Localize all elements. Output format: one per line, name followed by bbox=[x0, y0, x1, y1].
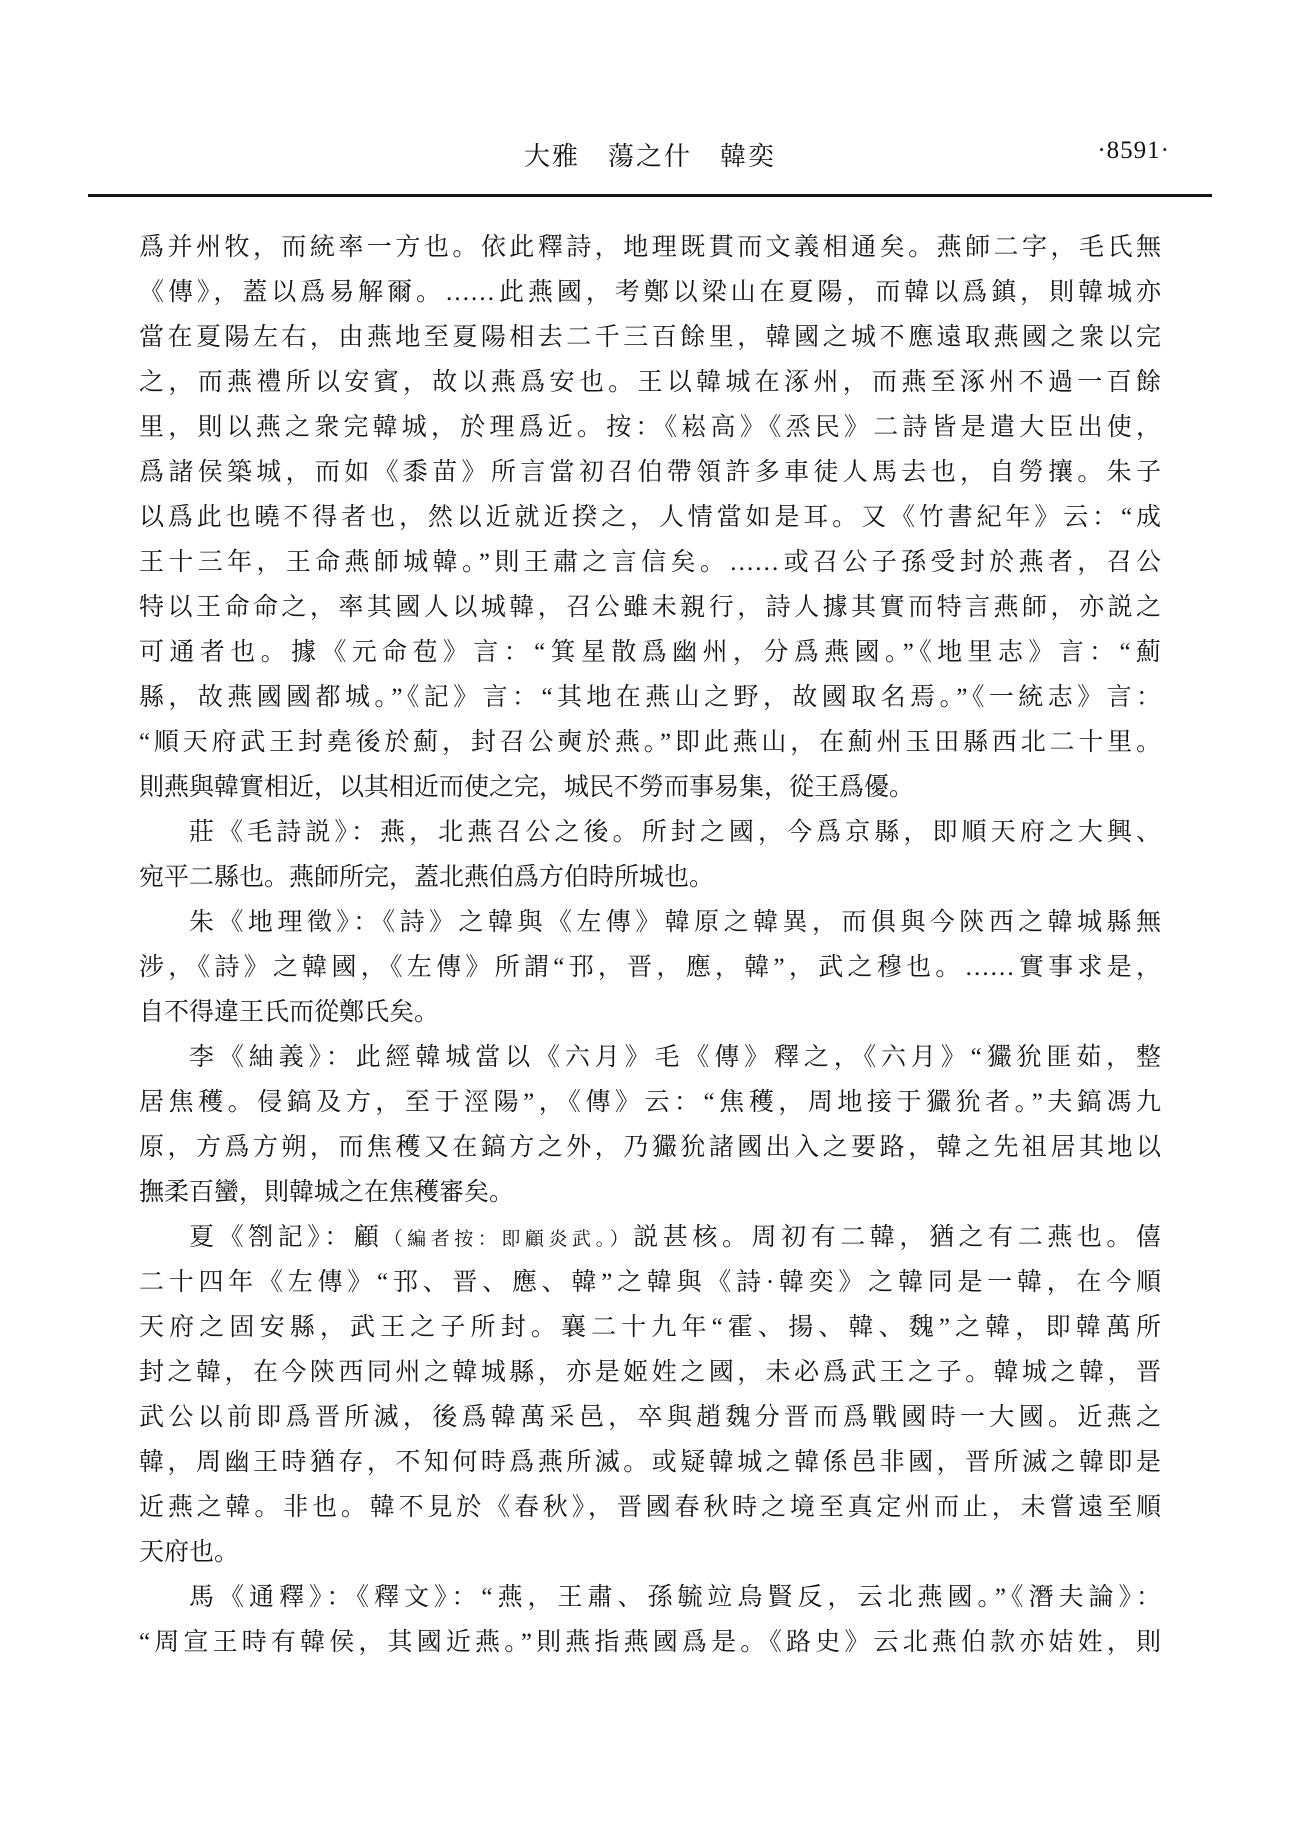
text-line: 二十四年《左傳》“邘、晋、應、韓”之韓與《詩·韓奕》之韓同是一韓，在今順 bbox=[139, 1260, 1161, 1305]
text-run: 爲并州牧，而統率一方也。依此釋詩，地理既貫而文義相通矣。燕師二字，毛氏無 bbox=[139, 234, 1161, 261]
text-line: 韓，周幽王時猶存，不知何時爲燕所滅。或疑韓城之韓係邑非國，晋所滅之韓即是 bbox=[139, 1440, 1161, 1485]
text-line: 《傳》，蓋以爲易解爾。……此燕國，考鄭以梁山在夏陽，而韓以爲鎮，則韓城亦 bbox=[139, 270, 1161, 315]
text-run: 撫柔百蠻，則韓城之在焦穫審矣。 bbox=[139, 1179, 514, 1206]
text-run: 封之韓，在今陝西同州之韓城縣，亦是姬姓之國，未必爲武王之子。韓城之韓，晋 bbox=[139, 1359, 1161, 1386]
text-run: 二十四年《左傳》“邘、晋、應、韓”之韓與《詩·韓奕》之韓同是一韓，在今順 bbox=[139, 1269, 1161, 1296]
text-line: 自不得違王氏而從鄭氏矣。 bbox=[139, 990, 1161, 1035]
text-line: 天府之固安縣，武王之子所封。襄二十九年“霍、揚、韓、魏”之韓，即韓萬所 bbox=[139, 1305, 1161, 1350]
text-line: 縣，故燕國國都城。”《記》言：“其地在燕山之野，故國取名焉。”《一統志》言： bbox=[139, 675, 1161, 720]
text-run: 武公以前即爲晋所滅，後爲韓萬采邑，卒與趙魏分晋而爲戰國時一大國。近燕之 bbox=[139, 1404, 1161, 1431]
text-run: 當在夏陽左右，由燕地至夏陽相去二千三百餘里，韓國之城不應遠取燕國之衆以完 bbox=[139, 324, 1161, 351]
text-run: 則燕與韓實相近，以其相近而使之完，城民不勞而事易集，從王爲優。 bbox=[139, 774, 914, 801]
text-line: 則燕與韓實相近，以其相近而使之完，城民不勞而事易集，從王爲優。 bbox=[139, 765, 1161, 810]
text-line: 夏《劄記》：顧（編者按：即顧炎武。）説甚核。周初有二韓，猶之有二燕也。僖 bbox=[139, 1215, 1161, 1260]
text-line: 宛平二縣也。燕師所完，蓋北燕伯爲方伯時所城也。 bbox=[139, 855, 1161, 900]
text-run: 之，而燕禮所以安賓，故以燕爲安也。王以韓城在涿州，而燕至涿州不過一百餘 bbox=[139, 369, 1161, 396]
text-run: 爲諸侯築城，而如《黍苗》所言當初召伯帶領許多車徒人馬去也，自勞攘。朱子 bbox=[139, 459, 1161, 486]
text-line: 馬《通釋》：《釋文》：“燕，王肅、孫毓竝烏賢反，云北燕國。”《潛夫論》： bbox=[139, 1575, 1161, 1620]
text-line: “順天府武王封堯後於薊，封召公奭於燕。”即此燕山，在薊州玉田縣西北二十里。 bbox=[139, 720, 1161, 765]
text-line: 封之韓，在今陝西同州之韓城縣，亦是姬姓之國，未必爲武王之子。韓城之韓，晋 bbox=[139, 1350, 1161, 1395]
text-line: 李《紬義》：此經韓城當以《六月》毛《傳》釋之，《六月》“玁狁匪茹，整 bbox=[139, 1035, 1161, 1080]
text-run: 《傳》，蓋以爲易解爾。……此燕國，考鄭以梁山在夏陽，而韓以爲鎮，則韓城亦 bbox=[139, 279, 1161, 306]
editor-note: （編者按：即顧炎武。） bbox=[384, 1229, 634, 1250]
text-line: 之，而燕禮所以安賓，故以燕爲安也。王以韓城在涿州，而燕至涿州不過一百餘 bbox=[139, 360, 1161, 405]
text-run: 王十三年，王命燕師城韓。”則王肅之言信矣。……或召公子孫受封於燕者，召公 bbox=[139, 549, 1161, 576]
text-line: 撫柔百蠻，則韓城之在焦穫審矣。 bbox=[139, 1170, 1161, 1215]
text-run: 特以王命命之，率其國人以城韓，召公雖未親行，詩人據其實而特言燕師，亦説之 bbox=[139, 594, 1161, 621]
text-line: 爲諸侯築城，而如《黍苗》所言當初召伯帶領許多車徒人馬去也，自勞攘。朱子 bbox=[139, 450, 1161, 495]
text-run: 朱《地理徵》：《詩》之韓與《左傳》韓原之韓異，而俱與今陝西之韓城縣無 bbox=[189, 909, 1161, 936]
text-line: 當在夏陽左右，由燕地至夏陽相去二千三百餘里，韓國之城不應遠取燕國之衆以完 bbox=[139, 315, 1161, 360]
text-run: 可通者也。據《元命苞》言：“箕星散爲幽州，分爲燕國。”《地里志》言：“薊 bbox=[139, 639, 1161, 666]
text-run: 涉，《詩》之韓國，《左傳》所謂“邘，晋，應，韓”，武之穆也。……實事求是， bbox=[139, 954, 1161, 981]
text-line: 以爲此也曉不得者也，然以近就近揆之，人情當如是耳。又《竹書紀年》云：“成 bbox=[139, 495, 1161, 540]
text-line: 王十三年，王命燕師城韓。”則王肅之言信矣。……或召公子孫受封於燕者，召公 bbox=[139, 540, 1161, 585]
text-line: 里，則以燕之衆完韓城，於理爲近。按：《崧高》《烝民》二詩皆是遣大臣出使， bbox=[139, 405, 1161, 450]
text-run: 近燕之韓。非也。韓不見於《春秋》，晋國春秋時之境至真定州而止，未嘗遠至順 bbox=[139, 1494, 1161, 1521]
text-run: 以爲此也曉不得者也，然以近就近揆之，人情當如是耳。又《竹書紀年》云：“成 bbox=[139, 504, 1161, 531]
text-line: 居焦穫。侵鎬及方，至于涇陽”，《傳》云：“焦穫，周地接于玁狁者。”夫鎬馮九 bbox=[139, 1080, 1161, 1125]
text-line: 爲并州牧，而統率一方也。依此釋詩，地理既貫而文義相通矣。燕師二字，毛氏無 bbox=[139, 225, 1161, 270]
page-number: ·8591· bbox=[1097, 137, 1170, 165]
text-run: 李《紬義》：此經韓城當以《六月》毛《傳》釋之，《六月》“玁狁匪茹，整 bbox=[189, 1044, 1161, 1071]
text-run: 説甚核。周初有二韓，猶之有二燕也。僖 bbox=[633, 1224, 1161, 1251]
text-line: 涉，《詩》之韓國，《左傳》所謂“邘，晋，應，韓”，武之穆也。……實事求是， bbox=[139, 945, 1161, 990]
text-run: 里，則以燕之衆完韓城，於理爲近。按：《崧高》《烝民》二詩皆是遣大臣出使， bbox=[139, 414, 1161, 441]
text-line: 特以王命命之，率其國人以城韓，召公雖未親行，詩人據其實而特言燕師，亦説之 bbox=[139, 585, 1161, 630]
text-body: 爲并州牧，而統率一方也。依此釋詩，地理既貫而文義相通矣。燕師二字，毛氏無《傳》，… bbox=[139, 225, 1161, 1665]
text-run: 夏《劄記》：顧 bbox=[189, 1224, 384, 1251]
text-line: 天府也。 bbox=[139, 1530, 1161, 1575]
text-line: 莊《毛詩説》：燕，北燕召公之後。所封之國，今爲京縣，即順天府之大興、 bbox=[139, 810, 1161, 855]
text-line: 原，方爲方朔，而焦穫又在鎬方之外，乃玁狁諸國出入之要路，韓之先祖居其地以 bbox=[139, 1125, 1161, 1170]
text-run: 縣，故燕國國都城。”《記》言：“其地在燕山之野，故國取名焉。”《一統志》言： bbox=[139, 684, 1161, 711]
header-rule bbox=[88, 194, 1212, 197]
text-run: 莊《毛詩説》：燕，北燕召公之後。所封之國，今爲京縣，即順天府之大興、 bbox=[189, 819, 1161, 846]
text-run: 韓，周幽王時猶存，不知何時爲燕所滅。或疑韓城之韓係邑非國，晋所滅之韓即是 bbox=[139, 1449, 1161, 1476]
text-run: 原，方爲方朔，而焦穫又在鎬方之外，乃玁狁諸國出入之要路，韓之先祖居其地以 bbox=[139, 1134, 1161, 1161]
book-page: 大雅 蕩之什 韓奕 ·8591· 爲并州牧，而統率一方也。依此釋詩，地理既貫而文… bbox=[0, 0, 1300, 1827]
text-line: 武公以前即爲晋所滅，後爲韓萬采邑，卒與趙魏分晋而爲戰國時一大國。近燕之 bbox=[139, 1395, 1161, 1440]
text-run: 自不得違王氏而從鄭氏矣。 bbox=[139, 999, 439, 1026]
text-run: “周宣王時有韓侯，其國近燕。”則燕指燕國爲是。《路史》云北燕伯款亦姞姓，則 bbox=[139, 1629, 1161, 1656]
text-run: 居焦穫。侵鎬及方，至于涇陽”，《傳》云：“焦穫，周地接于玁狁者。”夫鎬馮九 bbox=[139, 1089, 1161, 1116]
text-line: 可通者也。據《元命苞》言：“箕星散爲幽州，分爲燕國。”《地里志》言：“薊 bbox=[139, 630, 1161, 675]
text-line: 朱《地理徵》：《詩》之韓與《左傳》韓原之韓異，而俱與今陝西之韓城縣無 bbox=[139, 900, 1161, 945]
text-line: 近燕之韓。非也。韓不見於《春秋》，晋國春秋時之境至真定州而止，未嘗遠至順 bbox=[139, 1485, 1161, 1530]
text-line: “周宣王時有韓侯，其國近燕。”則燕指燕國爲是。《路史》云北燕伯款亦姞姓，則 bbox=[139, 1620, 1161, 1665]
text-run: 馬《通釋》：《釋文》：“燕，王肅、孫毓竝烏賢反，云北燕國。”《潛夫論》： bbox=[189, 1584, 1161, 1611]
text-run: 天府也。 bbox=[139, 1539, 239, 1566]
text-run: “順天府武王封堯後於薊，封召公奭於燕。”即此燕山，在薊州玉田縣西北二十里。 bbox=[139, 729, 1161, 756]
text-run: 宛平二縣也。燕師所完，蓋北燕伯爲方伯時所城也。 bbox=[139, 864, 714, 891]
text-run: 天府之固安縣，武王之子所封。襄二十九年“霍、揚、韓、魏”之韓，即韓萬所 bbox=[139, 1314, 1161, 1341]
